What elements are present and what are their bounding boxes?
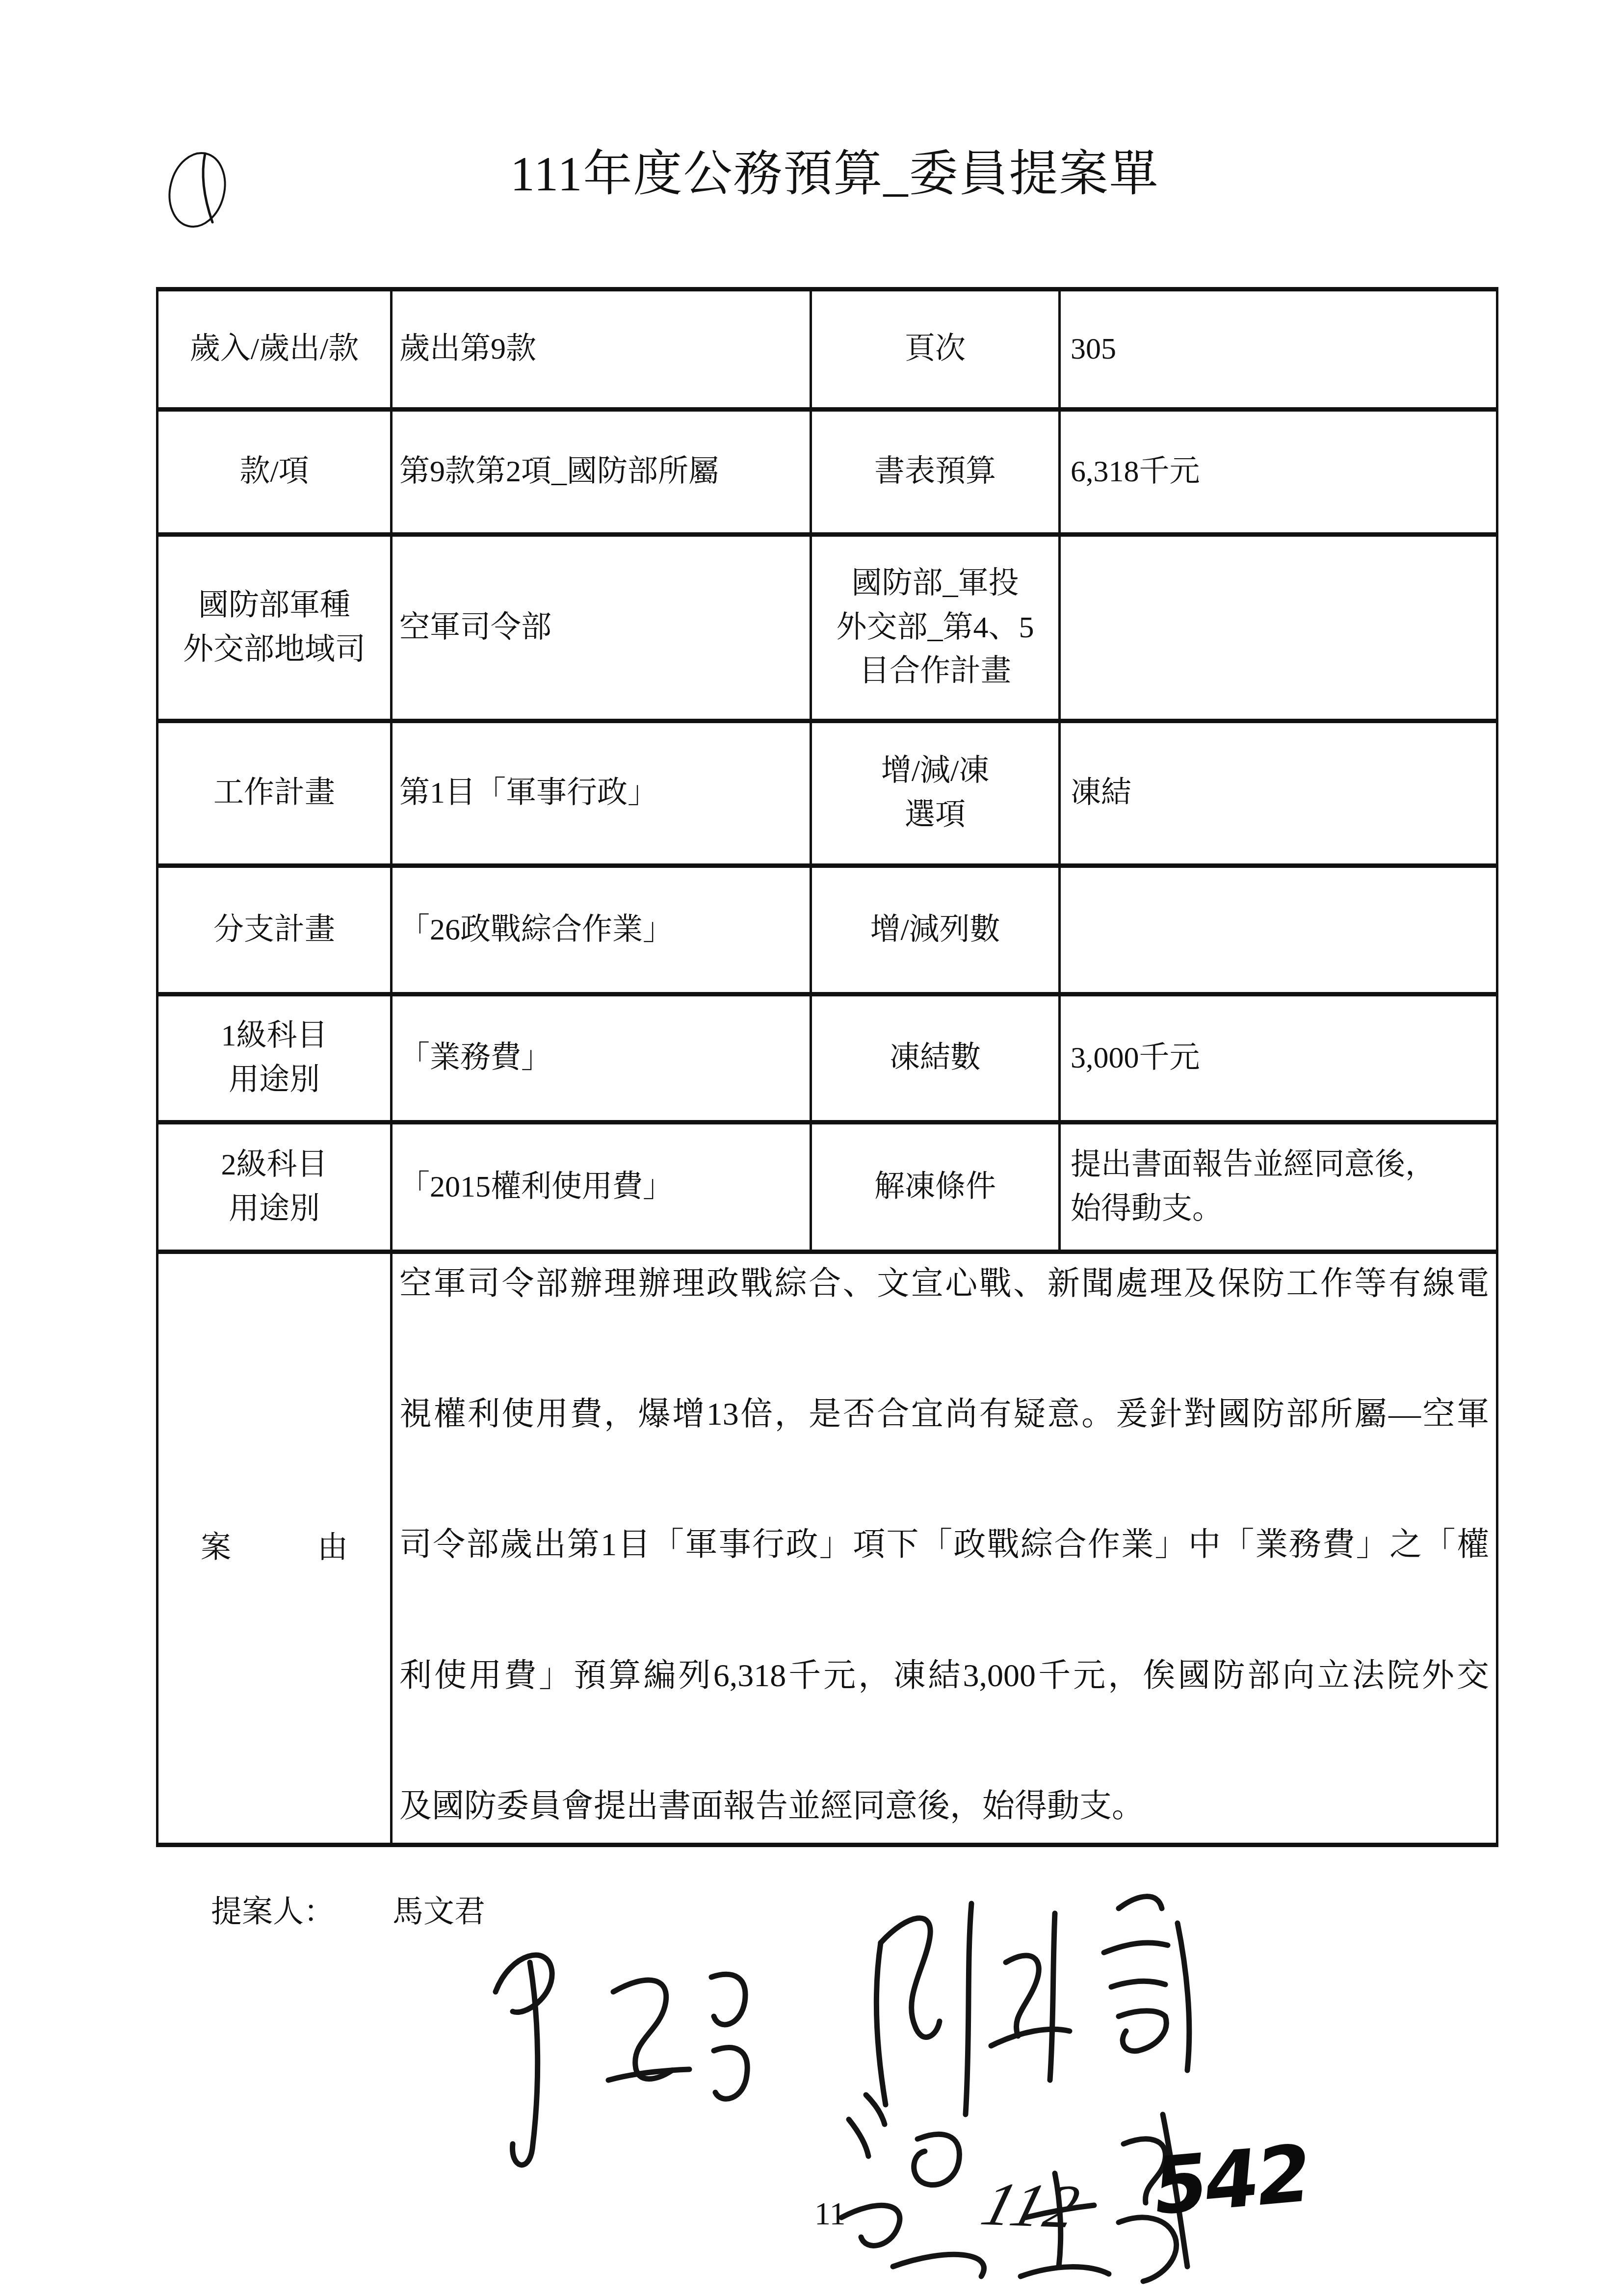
row6-value: 「業務費」 <box>393 996 812 1124</box>
row2-value: 第9款第2項_國防部所屬 <box>393 412 812 537</box>
row7-value: 「2015權利使用費」 <box>393 1124 812 1254</box>
row7-value2: 提出書面報告並經同意後， 始得動支。 <box>1061 1124 1496 1254</box>
row2-label: 款/項 <box>158 412 393 537</box>
row4-label2: 增/減/凍 選項 <box>812 723 1061 868</box>
row5-value2 <box>1061 868 1496 996</box>
proposer-name-printed: 馬文君 <box>393 1886 485 1931</box>
handwritten-number-112: 112 <box>974 2169 1090 2243</box>
case-line: 及國防委員會提出書面報告並經同意後，始得動支。 <box>399 1784 1489 1828</box>
signature-ma-wen-chun <box>466 1933 760 2188</box>
row1-label2: 頁次 <box>812 291 1061 412</box>
case-line: 視權利使用費，爆增13倍，是否合宜尚有疑意。爰針對國防部所屬—空軍 <box>399 1392 1489 1436</box>
row3-label2: 國防部_軍投 外交部_第4、5 目合作計畫 <box>812 537 1061 723</box>
row4-value2: 凍結 <box>1061 723 1496 868</box>
row1-value: 歲出第9款 <box>393 291 812 412</box>
row4-label: 工作計畫 <box>158 723 393 868</box>
case-line: 空軍司令部辦理辦理政戰綜合、文宣心戰、新聞處理及保防工作等有線電 <box>399 1262 1489 1305</box>
proposal-table: 歲入/歲出/款 歲出第9款 頁次 305 款/項 第9款第2項_國防部所屬 書表… <box>156 287 1498 1847</box>
row7-label2: 解凍條件 <box>812 1124 1061 1254</box>
handwritten-number-542: 542 <box>1149 2127 1311 2233</box>
row1-value2: 305 <box>1061 291 1496 412</box>
case-row-label-cell: 案由 <box>158 1254 393 1843</box>
page-title: 111年度公務預算_委員提案單 <box>510 145 1159 204</box>
row5-value: 「26政戰綜合作業」 <box>393 868 812 996</box>
row3-value2 <box>1061 537 1496 723</box>
row6-label: 1級科目 用途別 <box>158 996 393 1124</box>
proposer-label: 提案人： <box>211 1886 335 1931</box>
case-line: 司令部歲出第1目「軍事行政」項下「政戰綜合作業」中「業務費」之「權 <box>399 1523 1489 1566</box>
case-description-cell: 空軍司令部辦理辦理政戰綜合、文宣心戰、新聞處理及保防工作等有線電 視權利使用費，… <box>393 1254 1496 1843</box>
row1-label: 歲入/歲出/款 <box>158 291 393 412</box>
row6-value2: 3,000千元 <box>1061 996 1496 1124</box>
case-line: 利使用費」預算編列6,318千元，凍結3,000千元，俟國防部向立法院外交 <box>399 1654 1489 1697</box>
case-label: 案由 <box>201 1526 348 1570</box>
row5-label: 分支計畫 <box>158 868 393 996</box>
row6-label2: 凍結數 <box>812 996 1061 1124</box>
row4-value: 第1目「軍事行政」 <box>393 723 812 868</box>
row5-label2: 增/減列數 <box>812 868 1061 996</box>
scanned-proposal-form: 111年度公務預算_委員提案單 歲入/歲出/款 歲出第9款 頁次 305 款/項… <box>0 0 1624 2296</box>
circled-number-1-mark <box>162 145 236 235</box>
row2-value2: 6,318千元 <box>1061 412 1496 537</box>
row7-label: 2級科目 用途別 <box>158 1124 393 1254</box>
row3-label: 國防部軍種 外交部地域司 <box>158 537 393 723</box>
row3-value: 空軍司令部 <box>393 537 812 723</box>
row2-label2: 書表預算 <box>812 412 1061 537</box>
page-number: 11 <box>814 2195 846 2233</box>
